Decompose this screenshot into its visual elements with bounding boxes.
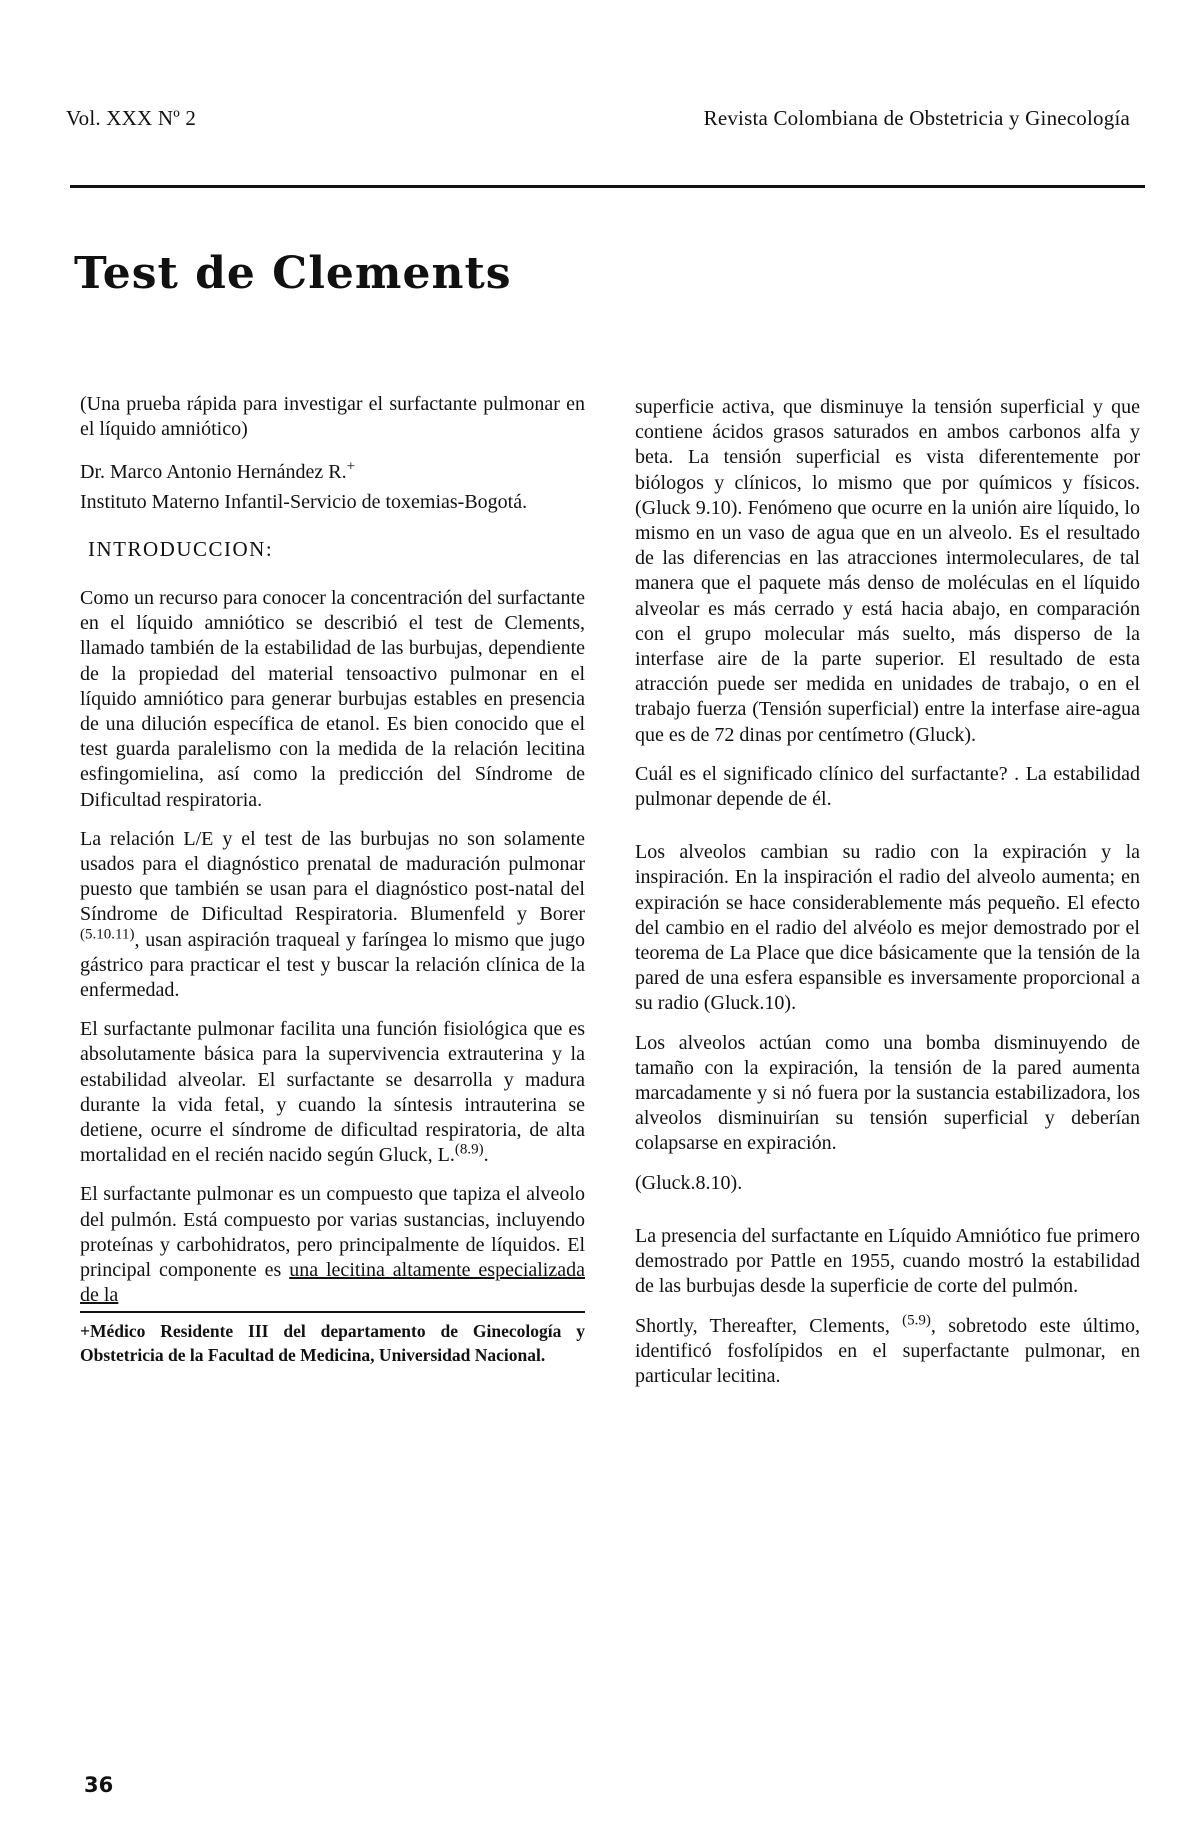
citation-ref: (8.9) [455,1142,484,1158]
paragraph: La relación L/E y el test de las burbuja… [80,827,585,1003]
paragraph-text: Shortly, Thereafter, Clements, [635,1315,890,1337]
journal-name: Revista Colombiana de Obstetricia y Gine… [704,106,1130,131]
paragraph-text: , usan aspiración traqueal y faríngea lo… [80,929,585,1001]
paragraph-text: . [484,1144,489,1166]
paragraph: Shortly, Thereafter, Clements, (5.9), so… [635,1314,1140,1390]
author-name: Dr. Marco Antonio Hernández R. [80,461,347,483]
header-rule [70,185,1145,188]
paragraph: Cuál es el significado clínico del surfa… [635,762,1140,812]
page-number: 36 [84,1773,113,1797]
paragraph-text: El surfactante pulmonar facilita una fun… [80,1018,585,1166]
citation-ref: (5.10.11) [80,926,134,942]
author-footnote: +Médico Residente III del departamento d… [80,1319,585,1367]
footnote-rule [80,1311,585,1313]
author-footnote-mark: + [347,459,355,475]
volume-number: Vol. XXX Nº 2 [66,106,196,131]
paragraph: superficie activa, que disminuye la tens… [635,395,1140,748]
paragraph: El surfactante pulmonar facilita una fun… [80,1017,585,1168]
paragraph: La presencia del surfactante en Líquido … [635,1224,1140,1300]
paragraph: Como un recurso para conocer la concentr… [80,586,585,813]
citation-paragraph: (Gluck.8.10). [635,1171,1140,1196]
section-heading: INTRODUCCION: [88,537,585,562]
right-column: superficie activa, que disminuye la tens… [635,395,1140,1403]
paragraph: Los alveolos cambian su radio con la exp… [635,840,1140,1016]
paragraph: El surfactante pulmonar es un compuesto … [80,1182,585,1308]
paragraph: Los alveolos actúan como una bomba dismi… [635,1031,1140,1157]
paragraph-text: La relación L/E y el test de las burbuja… [80,828,585,926]
author-line: Dr. Marco Antonio Hernández R.+ [80,460,585,485]
citation-ref: (5.9) [902,1312,931,1328]
article-title: Test de Clements [74,248,512,299]
left-column: (Una prueba rápida para investigar el su… [80,392,585,1367]
running-header: Vol. XXX Nº 2 Revista Colombiana de Obst… [66,106,1130,131]
author-affiliation: Instituto Materno Infantil-Servicio de t… [80,490,585,515]
article-subtitle: (Una prueba rápida para investigar el su… [80,392,585,442]
